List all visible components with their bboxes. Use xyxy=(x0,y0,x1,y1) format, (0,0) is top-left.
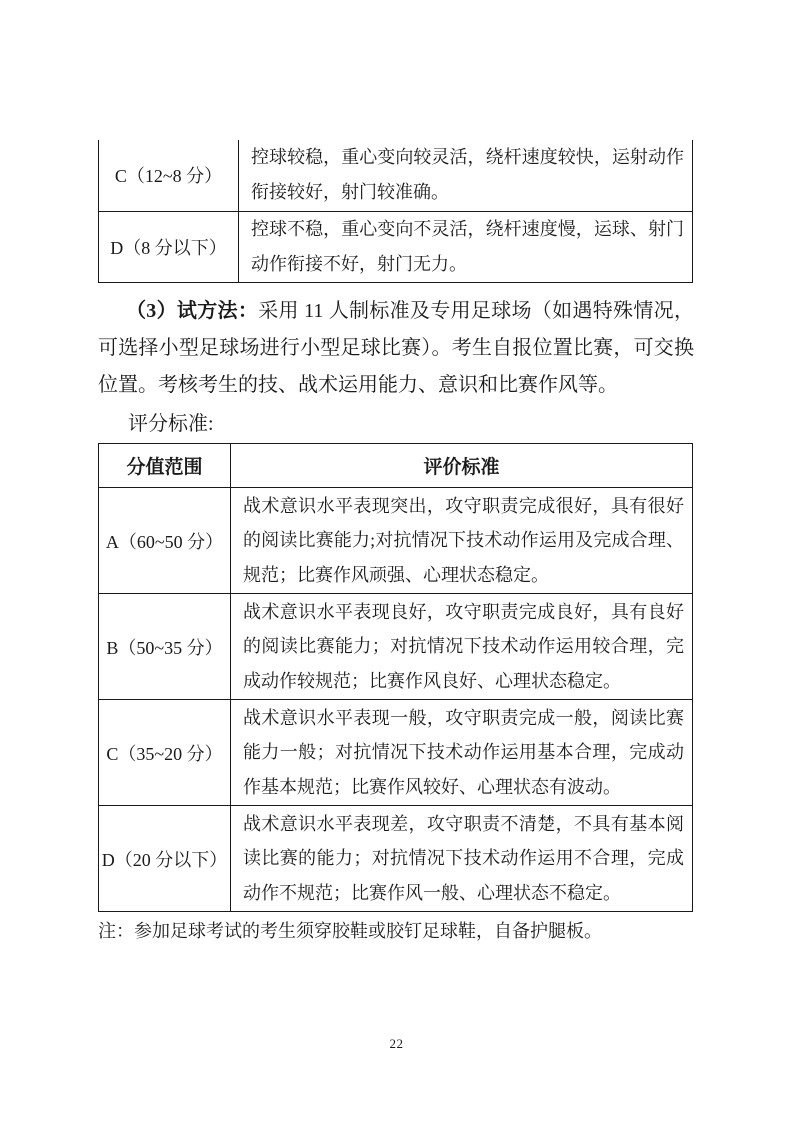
table-header-row: 分值范围 评价标准 xyxy=(99,444,693,488)
criteria-cell: 战术意识水平表现突出，攻守职责完成很好，具有很好的阅读比赛能力;对抗情况下技术动… xyxy=(231,488,693,594)
grade-range-cell: B（50~35 分） xyxy=(99,594,231,700)
test-method-paragraph: （3）试方法：采用 11 人制标准及专用足球场（如遇特殊情况，可选择小型足球场进… xyxy=(98,293,694,404)
page-number: 22 xyxy=(0,1036,793,1052)
criteria-cell: 控球较稳，重心变向较灵活，绕杆速度较快，运射动作衔接较好，射门较准确。 xyxy=(239,140,693,211)
table-row: C（12~8 分） 控球较稳，重心变向较灵活，绕杆速度较快，运射动作衔接较好，射… xyxy=(99,140,693,211)
grade-range-cell: C（12~8 分） xyxy=(99,140,239,211)
criteria-cell: 控球不稳，重心变向不灵活，绕杆速度慢，运球、射门动作衔接不好，射门无力。 xyxy=(239,211,693,282)
grade-range-cell: A（60~50 分） xyxy=(99,488,231,594)
table-row: D（8 分以下） 控球不稳，重心变向不灵活，绕杆速度慢，运球、射门动作衔接不好，… xyxy=(99,211,693,282)
document-page: C（12~8 分） 控球较稳，重心变向较灵活，绕杆速度较快，运射动作衔接较好，射… xyxy=(0,0,793,1122)
footnote-text: 注：参加足球考试的考生须穿胶鞋或胶钉足球鞋，自备护腿板。 xyxy=(98,918,694,944)
criteria-cell: 战术意识水平表现差，攻守职责不清楚，不具有基本阅读比赛的能力；对抗情况下技术动作… xyxy=(231,806,693,912)
scoring-standard-subheading: 评分标准: xyxy=(98,406,214,443)
grade-range-cell: D（20 分以下） xyxy=(99,806,231,912)
table-row: C（35~20 分） 战术意识水平表现一般，攻守职责完成一般，阅读比赛能力一般；… xyxy=(99,700,693,806)
table-row: B（50~35 分） 战术意识水平表现良好，攻守职责完成良好，具有良好的阅读比赛… xyxy=(99,594,693,700)
match-score-table: 分值范围 评价标准 A（60~50 分） 战术意识水平表现突出，攻守职责完成很好… xyxy=(98,443,693,912)
grade-range-cell: D（8 分以下） xyxy=(99,211,239,282)
grade-range-cell: C（35~20 分） xyxy=(99,700,231,806)
dribbling-grade-table: C（12~8 分） 控球较稳，重心变向较灵活，绕杆速度较快，运射动作衔接较好，射… xyxy=(98,140,693,283)
evaluation-standard-header: 评价标准 xyxy=(231,444,693,488)
method-lead-label: （3）试方法： xyxy=(126,300,258,322)
table-row: D（20 分以下） 战术意识水平表现差，攻守职责不清楚，不具有基本阅读比赛的能力… xyxy=(99,806,693,912)
criteria-cell: 战术意识水平表现良好，攻守职责完成良好，具有良好的阅读比赛能力；对抗情况下技术动… xyxy=(231,594,693,700)
score-range-header: 分值范围 xyxy=(99,444,231,488)
table-row: A（60~50 分） 战术意识水平表现突出，攻守职责完成很好，具有很好的阅读比赛… xyxy=(99,488,693,594)
criteria-cell: 战术意识水平表现一般，攻守职责完成一般，阅读比赛能力一般；对抗情况下技术动作运用… xyxy=(231,700,693,806)
